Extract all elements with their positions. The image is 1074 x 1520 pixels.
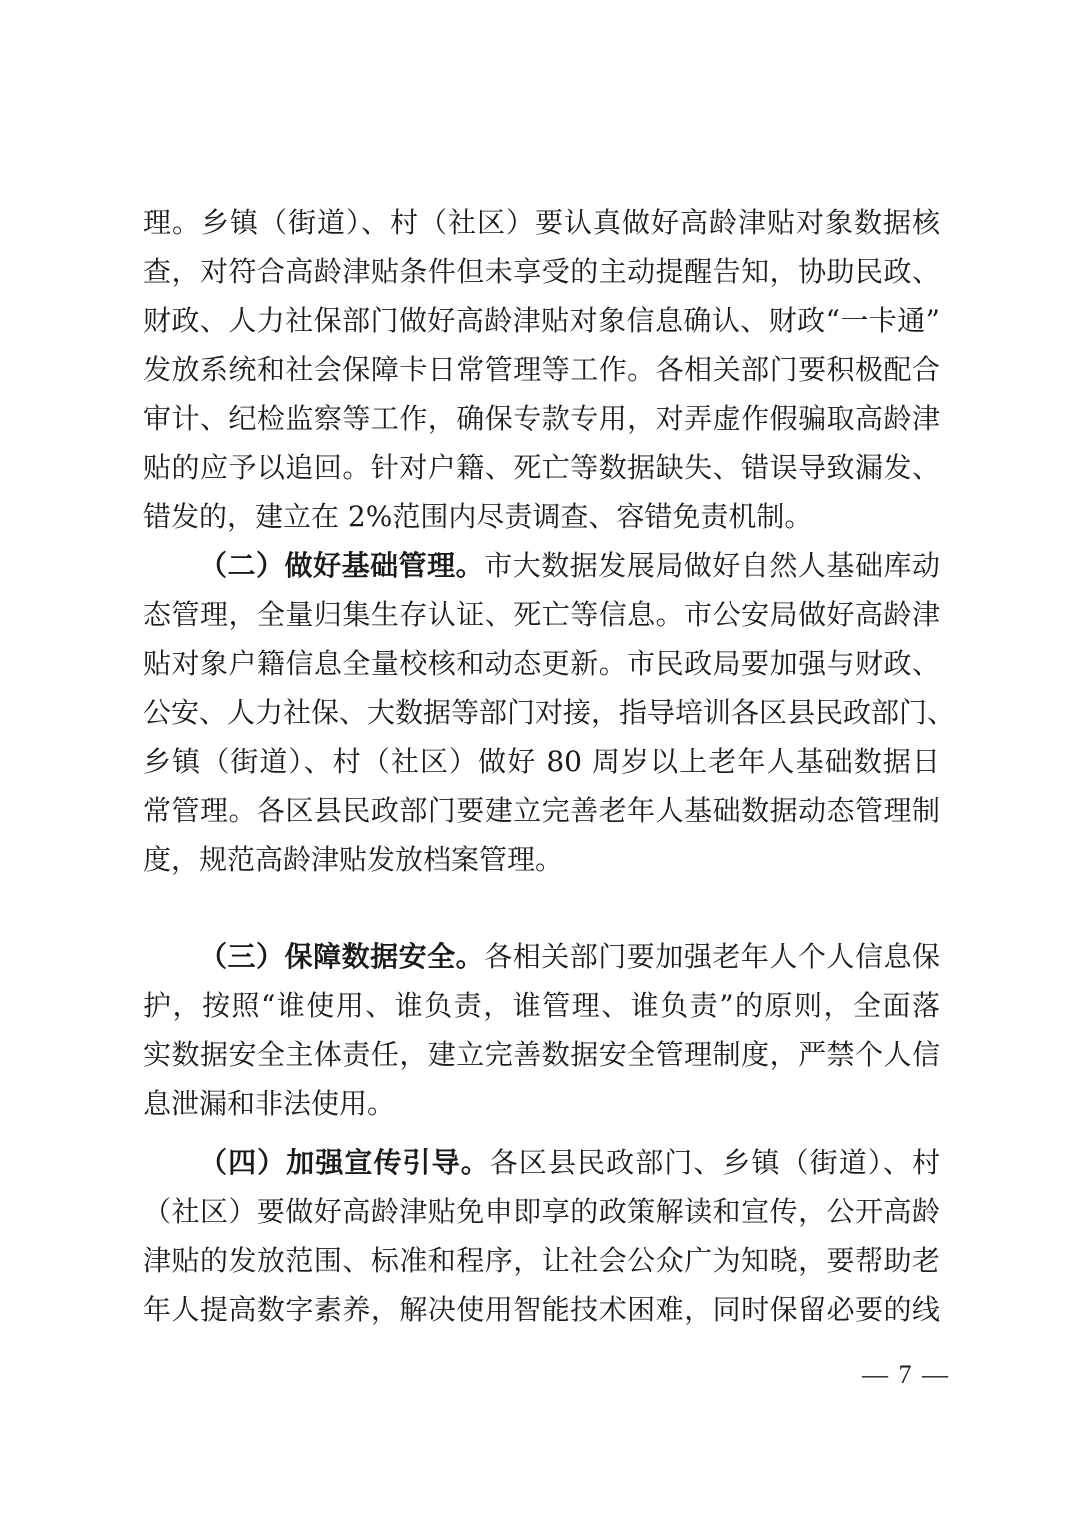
text-line: 年人提高数字素养，解决使用智能技术困难，同时保留必要的线 [143,1290,940,1330]
text-line: 贴的应予以追回。针对户籍、死亡等数据缺失、错误导致漏发、 [143,448,940,488]
text-line: （社区）要做好高龄津贴免申即享的政策解读和宣传，公开高龄 [143,1192,940,1232]
text-line: 理。乡镇（街道）、村（社区）要认真做好高龄津贴对象数据核 [143,203,940,243]
section-heading: （二）做好基础管理。 [199,549,484,582]
text-line: 护，按照“谁使用、谁负责，谁管理、谁负责”的原则，全面落 [143,986,940,1026]
text-line: 错发的，建立在 2%范围内尽责调查、容错免责机制。 [143,497,940,537]
document-page: 理。乡镇（街道）、村（社区）要认真做好高龄津贴对象数据核 查，对符合高龄津贴条件… [0,0,1074,1520]
section-first-line: （三）保障数据安全。各相关部门要加强老年人个人信息保 [199,937,940,977]
text-line: 乡镇（街道）、村（社区）做好 80 周岁以上老年人基础数据日 [143,742,940,782]
text-line: 息泄漏和非法使用。 [143,1084,940,1124]
section-text: 各区县民政部门、乡镇（街道）、村 [490,1146,940,1179]
text-line: 实数据安全主体责任，建立完善数据安全管理制度，严禁个人信 [143,1035,940,1075]
text-line: 财政、人力社保部门做好高龄津贴对象信息确认、财政“一卡通” [143,301,940,341]
section-text: 各相关部门要加强老年人个人信息保 [484,940,940,973]
text-line: 发放系统和社会保障卡日常管理等工作。各相关部门要积极配合 [143,350,940,390]
text-line: 度，规范高龄津贴发放档案管理。 [143,840,940,880]
text-line: 审计、纪检监察等工作，确保专款专用，对弄虚作假骗取高龄津 [143,399,940,439]
section-text: 市大数据发展局做好自然人基础库动 [484,549,940,582]
section-heading: （三）保障数据安全。 [199,940,484,973]
text-line: 常管理。各区县民政部门要建立完善老年人基础数据动态管理制 [143,791,940,831]
page-number: — 7 — [862,1360,950,1390]
text-line: 津贴的发放范围、标准和程序，让社会公众广为知晓，要帮助老 [143,1241,940,1281]
section-first-line: （四）加强宣传引导。各区县民政部门、乡镇（街道）、村 [199,1143,940,1183]
section-heading: （四）加强宣传引导。 [199,1146,490,1179]
section-first-line: （二）做好基础管理。市大数据发展局做好自然人基础库动 [199,546,940,586]
text-line: 公安、人力社保、大数据等部门对接，指导培训各区县民政部门、 [143,693,940,733]
text-line: 查，对符合高龄津贴条件但未享受的主动提醒告知，协助民政、 [143,252,940,292]
text-line: 贴对象户籍信息全量校核和动态更新。市民政局要加强与财政、 [143,644,940,684]
text-line: 态管理，全量归集生存认证、死亡等信息。市公安局做好高龄津 [143,595,940,635]
